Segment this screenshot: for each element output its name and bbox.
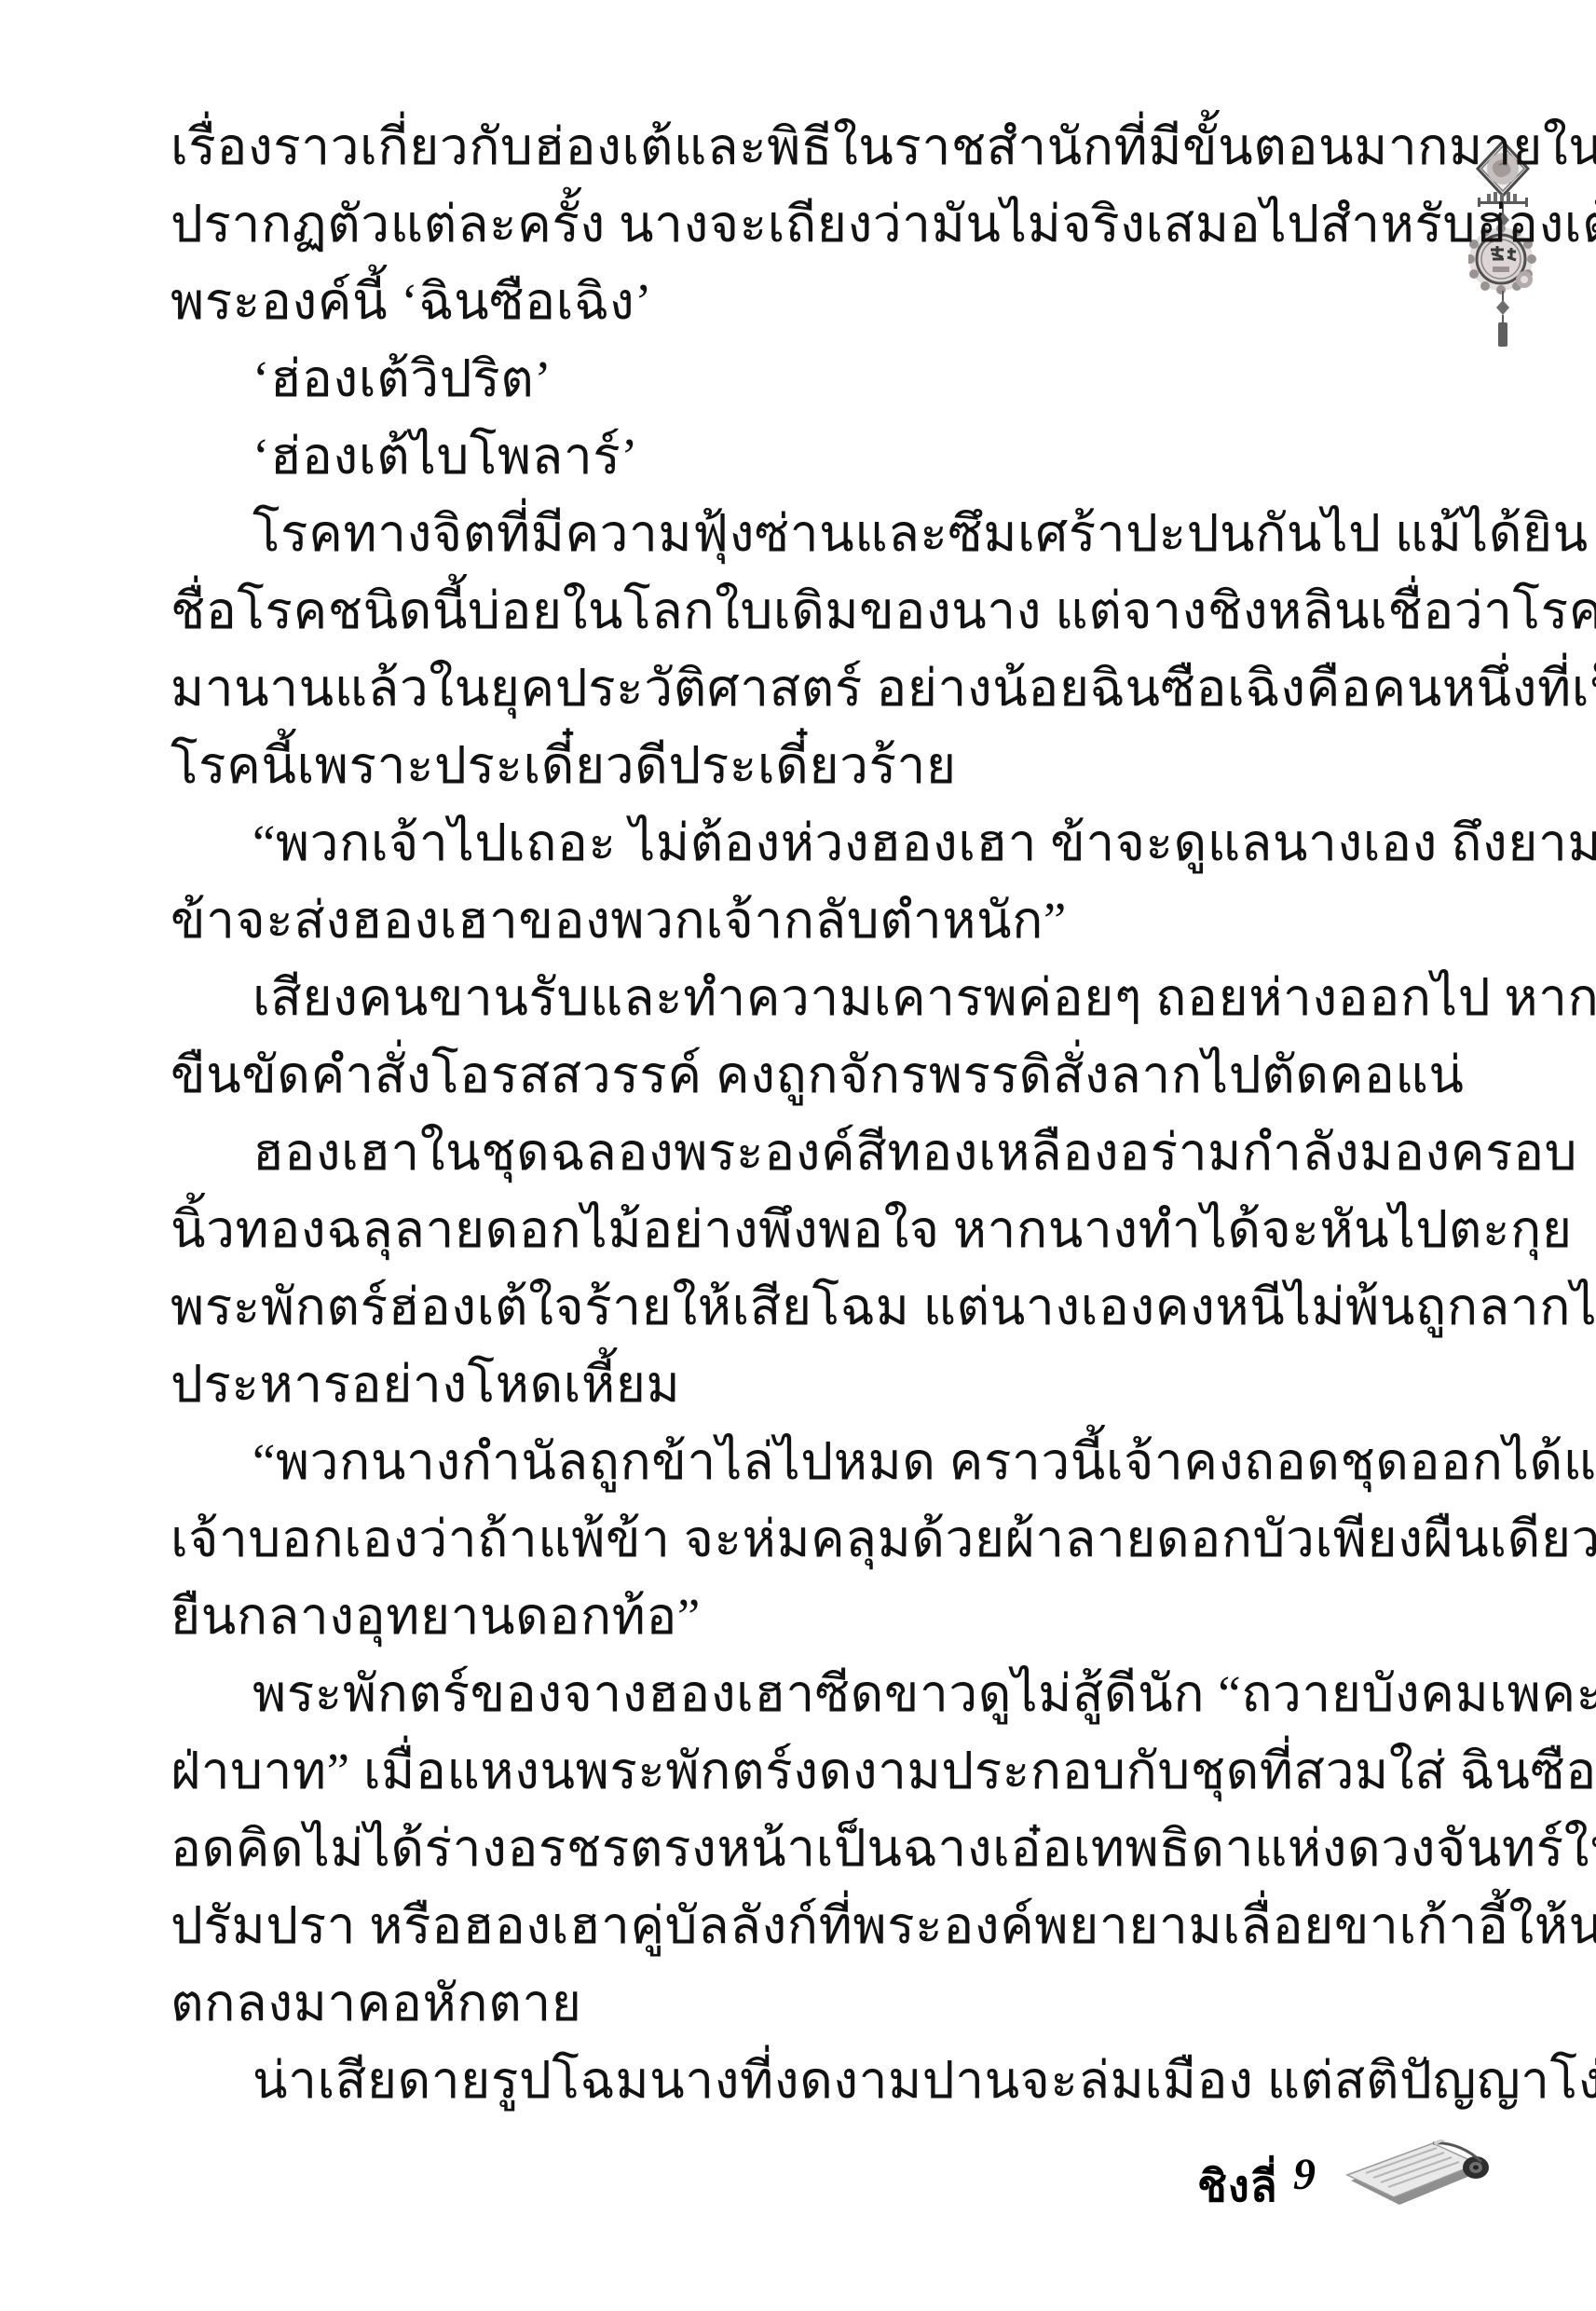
paragraph: ‘ฮ่องเต้ไบโพลาร์’ (171, 417, 1191, 495)
footer-book-title: ชิงลี่ (1197, 2151, 1278, 2221)
text-line: ขืนขัดคำสั่งโอรสสวรรค์ คงถูกจักรพรรดิสั่… (171, 1036, 1191, 1114)
text-line: โรคทางจิตที่มีความฟุ้งซ่านและซึมเศร้าปะป… (171, 495, 1191, 572)
text-line: “พวกนางกำนัลถูกข้าไล่ไปหมด คราวนี้เจ้าคง… (171, 1423, 1191, 1500)
paragraph: “พวกเจ้าไปเถอะ ไม่ต้องห่วงฮองเฮา ข้าจะดู… (171, 804, 1191, 959)
text-line: “พวกเจ้าไปเถอะ ไม่ต้องห่วงฮองเฮา ข้าจะดู… (171, 804, 1191, 882)
text-line: พระพักตร์ฮ่องเต้ใจร้ายให้เสียโฉม แต่นางเ… (171, 1268, 1191, 1346)
text-line: น่าเสียดายรูปโฉมนางที่งดงามปานจะล่มเมือง… (171, 2042, 1191, 2119)
body-text: เรื่องราวเกี่ยวกับฮ่องเต้และพิธีในราชสำน… (171, 108, 1191, 2119)
paragraph: เสียงคนขานรับและทำความเคารพค่อยๆ ถอยห่าง… (171, 959, 1191, 1114)
text-line: ฮองเฮาในชุดฉลองพระองค์สีทองเหลืองอร่ามกำ… (171, 1114, 1191, 1191)
footer-page-number: 9 (1293, 2149, 1316, 2200)
text-line: โรคนี้เพราะประเดี๋ยวดีประเดี๋ยวร้าย (171, 727, 1191, 804)
text-line: เรื่องราวเกี่ยวกับฮ่องเต้และพิธีในราชสำน… (171, 108, 1191, 185)
text-line: ข้าจะส่งฮองเฮาของพวกเจ้ากลับตำหนัก” (171, 882, 1191, 959)
paragraph: ‘ฮ่องเต้วิปริต’ (171, 340, 1191, 417)
text-line: ฝ่าบาท” เมื่อแหงนพระพักตร์งดงามประกอบกับ… (171, 1732, 1191, 1810)
text-line: เจ้าบอกเองว่าถ้าแพ้ข้า จะห่มคลุมด้วยผ้าล… (171, 1500, 1191, 1578)
text-line: อดคิดไม่ได้ร่างอรชรตรงหน้าเป็นฉางเอ๋อเทพ… (171, 1810, 1191, 1887)
scroll-icon (1340, 2136, 1494, 2215)
paragraph: พระพักตร์ของจางฮองเฮาซีดขาวดูไม่สู้ดีนัก… (171, 1655, 1191, 2042)
text-line: มานานแล้วในยุคประวัติศาสตร์ อย่างน้อยฉิน… (171, 650, 1191, 727)
page-footer: ชิงลี่ 9 (1099, 2134, 1547, 2236)
text-line: พระพักตร์ของจางฮองเฮาซีดขาวดูไม่สู้ดีนัก… (171, 1655, 1191, 1732)
book-page: เรื่องราวเกี่ยวกับฮ่องเต้และพิธีในราชสำน… (0, 0, 1596, 2311)
text-line: ประหารอย่างโหดเหี้ยม (171, 1346, 1191, 1423)
paragraph: โรคทางจิตที่มีความฟุ้งซ่านและซึมเศร้าปะป… (171, 495, 1191, 804)
text-line: ตกลงมาคอหักตาย (171, 1964, 1191, 2042)
paragraph: น่าเสียดายรูปโฉมนางที่งดงามปานจะล่มเมือง… (171, 2042, 1191, 2119)
text-line: นิ้วทองฉลุลายดอกไม้อย่างพึงพอใจ หากนางทำ… (171, 1191, 1191, 1268)
text-line: ปรัมปรา หรือฮองเฮาคู่บัลลังก์ที่พระองค์พ… (171, 1887, 1191, 1964)
paragraph: ฮองเฮาในชุดฉลองพระองค์สีทองเหลืองอร่ามกำ… (171, 1114, 1191, 1423)
text-line: ยืนกลางอุทยานดอกท้อ” (171, 1578, 1191, 1655)
text-line: พระองค์นี้ ‘ฉินซือเฉิง’ (171, 263, 1191, 340)
text-line: ปรากฏตัวแต่ละครั้ง นางจะเถียงว่ามันไม่จร… (171, 185, 1191, 263)
paragraph: เรื่องราวเกี่ยวกับฮ่องเต้และพิธีในราชสำน… (171, 108, 1191, 340)
text-line: ชื่อโรคชนิดนี้บ่อยในโลกใบเดิมของนาง แต่จ… (171, 572, 1191, 650)
text-line: เสียงคนขานรับและทำความเคารพค่อยๆ ถอยห่าง… (171, 959, 1191, 1036)
text-line: ‘ฮ่องเต้ไบโพลาร์’ (171, 417, 1191, 495)
paragraph: “พวกนางกำนัลถูกข้าไล่ไปหมด คราวนี้เจ้าคง… (171, 1423, 1191, 1655)
text-line: ‘ฮ่องเต้วิปริต’ (171, 340, 1191, 417)
